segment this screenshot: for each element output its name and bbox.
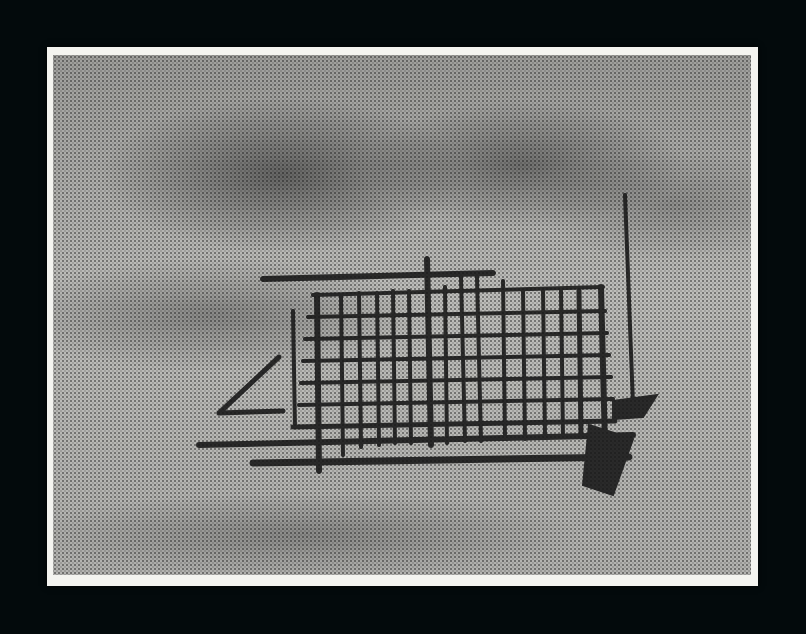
halftone-photo bbox=[53, 55, 751, 575]
halftone-dots-offset bbox=[53, 55, 751, 575]
photo-frame bbox=[47, 47, 758, 586]
